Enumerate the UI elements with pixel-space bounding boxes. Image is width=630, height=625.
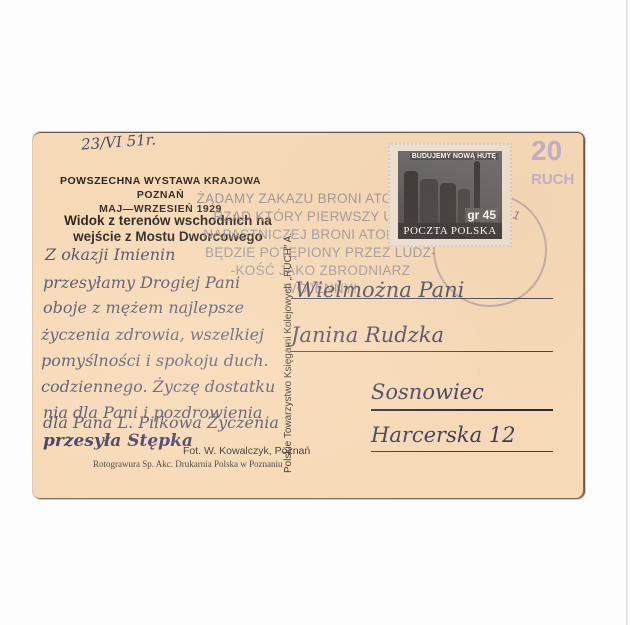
postage-stamp: BUDUJEMY NOWĄ HUTĘ gr 45 POCZTA POLSKA [388, 143, 512, 247]
exhibition-title: POWSZECHNA WYSTAWA KRAJOWA [53, 175, 268, 187]
publisher-vertical: Polskie Towarzystwo Księgarni Kolejowych… [283, 233, 294, 473]
postcard: 23/VI 51r. 20 RUCH POWSZECHNA WYSTAWA KR… [33, 132, 585, 499]
message-line: życzenia zdrowia, wszelkiej [41, 325, 264, 344]
address-street: Harcerska 12 [371, 423, 516, 447]
stamp-caption: BUDUJEMY NOWĄ HUTĘ [410, 153, 498, 160]
signature: przesyła Stępka [43, 431, 193, 451]
message-line: dla Pana L. Pilkowa Życzenia [43, 413, 279, 432]
address-recipient: Janina Rudzka [291, 323, 444, 347]
purple-stamp-number: 20 [531, 135, 562, 167]
date-note: 23/VI 51r. [80, 132, 156, 154]
scan-edge [626, 0, 628, 625]
printer-credit: Rotograwura Sp. Akc. Drukarnia Polska w … [93, 459, 282, 469]
steelworks-image: BUDUJEMY NOWĄ HUTĘ gr 45 POCZTA POLSKA [398, 151, 502, 239]
message-line: pomyślności i spokoju duch. [41, 351, 269, 370]
message-line: codziennego. Życzę dostatku [41, 377, 275, 396]
stamp-country: POCZTA POLSKA [398, 223, 502, 239]
address-rule [291, 298, 553, 299]
message-line: przesyłamy Drogiej Pani [43, 273, 240, 292]
message-line: Z okazji Imienin [45, 245, 175, 264]
message-line: obojе z mężem najlepsze [43, 298, 244, 317]
address-rule [291, 351, 553, 352]
address-rule [371, 451, 553, 452]
address-city: Sosnowiec [371, 380, 484, 404]
stamp-value: gr 45 [465, 208, 498, 222]
address-rule [371, 409, 553, 411]
photo-credit: Fot. W. Kowalczyk, Poznań [183, 445, 310, 457]
purple-stamp-text: RUCH [531, 171, 574, 188]
